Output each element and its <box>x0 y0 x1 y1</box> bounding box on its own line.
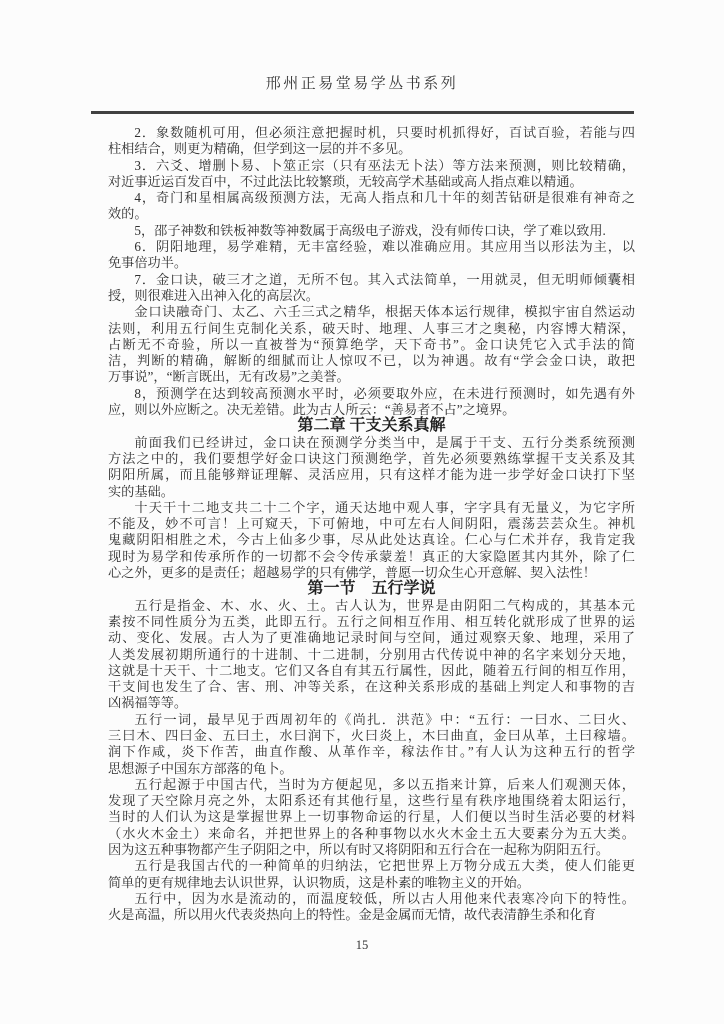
text-line: 五行是指金、木、水、火、土。古人认为，世界是由阴阳二气构成的，其基本元 <box>108 598 635 614</box>
paragraph: 3．六爻、增删卜易、卜筮正宗（只有巫法无卜法）等方法来预测，则比较精确，对近事近… <box>108 158 635 191</box>
series-title: 邢州正易堂易学丛书系列 <box>266 76 459 92</box>
paragraph: 五行是我国古代的一种简单的归纳法，它把世界上万物分成五大类，使人们能更简单的更有… <box>108 858 635 891</box>
text-line: 5，邵子神数和铁板神数等神数属于高级电子游戏，没有师传口诀，学了难以致用. <box>108 223 635 239</box>
paragraph: 7．金口诀，破三才之道，无所不包。其入式法简单，一用就灵，但无明师倾囊相授，则很… <box>108 272 635 305</box>
paragraph: 5，邵子神数和铁板神数等神数属于高级电子游戏，没有师传口诀，学了难以致用. <box>108 223 635 239</box>
text-line: 效的。 <box>108 206 635 222</box>
text-line: 干支间也发生了合、害、刑、冲等关系，在这种关系形成的基础上判定人和事物的吉 <box>108 679 635 695</box>
text-line: 2．象数随机可用，但必须注意把握时机，只要时机抓得好，百试百验，若能与四 <box>108 125 635 141</box>
paragraph: 2．象数随机可用，但必须注意把握时机，只要时机抓得好，百试百验，若能与四柱相结合… <box>108 125 635 158</box>
paragraph: 十天干十二地支共二十二个字，通天达地中观人事，字字具有无量义，为它字所不能及，妙… <box>108 500 635 581</box>
text-line: 柱相结合，则更为精确，但学到这一层的并不多见。 <box>108 141 635 157</box>
text-line: 人类发展初期所通行的十进制、十二进制，分别用古代传说中神的名字来划分天地， <box>108 647 635 663</box>
text-line: 7．金口诀，破三才之道，无所不包。其入式法简单，一用就灵，但无明师倾囊相 <box>108 272 635 288</box>
text-line: 三曰木、四曰金、五曰土，水曰润下，火曰炎上，木曰曲直，金曰从革，土曰稼墙。 <box>108 728 635 744</box>
text-line: 素按不同性质分为五类，此即五行。五行之间相互作用、相互转化就形成了世界的运 <box>108 614 635 630</box>
text-line: 占断无不奇验，所以一直被誉为“预算绝学，天下奇书”。金口诀凭它入式手法的简 <box>108 337 635 353</box>
text-line: 万事说”，“断言既出，无有改易”之美誉。 <box>108 369 635 385</box>
text-line: 方法之中的，我们要想学好金口诀这门预测绝学，首先必须要熟练掌握干支关系及其 <box>108 451 635 467</box>
text-line: 3．六爻、增删卜易、卜筮正宗（只有巫法无卜法）等方法来预测，则比较精确， <box>108 158 635 174</box>
text-line: 金口诀融奇门、太乙、六壬三式之精华，根据天体本运行规律，模拟宇宙自然运动 <box>108 304 635 320</box>
text-line: 凶祸福等等。 <box>108 695 635 711</box>
paragraph: 8，预测学在达到较高预测水平时，必须要取外应，在未进行预测时，如先遇有外应，则以… <box>108 386 635 419</box>
text-line: 授，则很难进入出神入化的高层次。 <box>108 288 635 304</box>
text-line: 现时为易学和传承所作的一切都不会令传承蒙羞！真正的大家隐匿其内其外，除了仁 <box>108 549 635 565</box>
text-line: （水火木金土）来命名，并把世界上的各种事物以水火木金土五大要素分为五大类。 <box>108 826 635 842</box>
text-line: 动、变化、发展。古人为了更准确地记录时间与空间，通过观察天象、地理，采用了 <box>108 630 635 646</box>
paragraph: 6．阴阳地理，易学难精，无丰富经验，难以准确应用。其应用当以形法为主，以免事倍功… <box>108 239 635 272</box>
text-line: 鬼藏阴阳相胜之术，今古上仙多少事，尽从此处达真诠。仁心与仁术并存，我肯定我 <box>108 532 635 548</box>
text-line: 8，预测学在达到较高预测水平时，必须要取外应，在未进行预测时，如先遇有外 <box>108 386 635 402</box>
text-line: 对近事近运百发百中，不过此法比较繁琐，无较高学术基础或高人指点难以精通。 <box>108 174 635 190</box>
chapter-heading: 第二章 干支关系真解 <box>108 418 635 434</box>
document-page: 邢州正易堂易学丛书系列 2．象数随机可用，但必须注意把握时机，只要时机抓得好，百… <box>0 0 724 1024</box>
page-number: 15 <box>0 938 724 953</box>
text-line: 心之外，更多的是责任；超越易学的只有佛学，普愿一切众生心开意解、契入法性！ <box>108 565 635 581</box>
text-line: 免事倍功半。 <box>108 255 635 271</box>
header-divider <box>91 111 634 114</box>
page-header: 邢州正易堂易学丛书系列 <box>0 72 724 93</box>
paragraph: 五行起源于中国古代，当时为方便起见，多以五指来计算，后来人们观测天体，发现了天空… <box>108 777 635 858</box>
paragraph: 4，奇门和星相属高级预测方法，无高人指点和几十年的刻苦钻研是很难有神奇之效的。 <box>108 190 635 223</box>
text-line: 前面我们已经讲过，金口诀在预测学分类当中，是属于干支、五行分类系统预测 <box>108 435 635 451</box>
paragraph: 前面我们已经讲过，金口诀在预测学分类当中，是属于干支、五行分类系统预测方法之中的… <box>108 435 635 500</box>
text-line: 简单的更有规律地去认识世界，认识物质，这是朴素的唯物主义的开始。 <box>108 875 635 891</box>
text-line: 五行是我国古代的一种简单的归纳法，它把世界上万物分成五大类，使人们能更 <box>108 858 635 874</box>
text-line: 阴阳所属，而且能够辩证理解、灵活应用，只有这样才能为进一步学好金口诀打下坚 <box>108 467 635 483</box>
text-line: 五行中，因为水是流动的，而温度较低，所以古人用他来代表寒冷向下的特性。 <box>108 891 635 907</box>
section-heading: 第一节 五行学说 <box>108 581 635 597</box>
text-line: 因为这五种事物都产生子阴阳之中，所以有时又将阴阳和五行合在一起称为阴阳五行。 <box>108 842 635 858</box>
text-line: 6．阴阳地理，易学难精，无丰富经验，难以准确应用。其应用当以形法为主，以 <box>108 239 635 255</box>
text-line: 火是高温，所以用火代表炎热向上的特性。金是金属而无情，故代表清静生杀和化育 <box>108 907 635 923</box>
paragraph: 五行是指金、木、水、火、土。古人认为，世界是由阴阳二气构成的，其基本元素按不同性… <box>108 598 635 712</box>
text-line: 这就是十天干、十二地支。它们又各自有其五行属性，因此，随着五行间的相互作用， <box>108 663 635 679</box>
text-line: 实的基础。 <box>108 484 635 500</box>
paragraph: 金口诀融奇门、太乙、六壬三式之精华，根据天体本运行规律，模拟宇宙自然运动法则，利… <box>108 304 635 385</box>
text-line: 应，则以外应断之。决无差错。此为古人所云：“善易者不占”之境界。 <box>108 402 635 418</box>
text-line: 润下作咸，炎下作苦，曲直作酸、从革作辛，稼法作甘。”有人认为这种五行的哲学 <box>108 744 635 760</box>
text-line: 4，奇门和星相属高级预测方法，无高人指点和几十年的刻苦钻研是很难有神奇之 <box>108 190 635 206</box>
text-line: 发现了天空除月亮之外，太阳系还有其他行星，这些行星有秩序地围绕着太阳运行， <box>108 793 635 809</box>
text-line: 五行一词，最早见于西周初年的《尚扎．洪范》中：“五行：一曰水、二曰火、 <box>108 712 635 728</box>
paragraph: 五行中，因为水是流动的，而温度较低，所以古人用他来代表寒冷向下的特性。火是高温，… <box>108 891 635 924</box>
text-line: 思想源子中国东方部落的龟卜。 <box>108 761 635 777</box>
text-line: 五行起源于中国古代，当时为方便起见，多以五指来计算，后来人们观测天体， <box>108 777 635 793</box>
document-body: 2．象数随机可用，但必须注意把握时机，只要时机抓得好，百试百验，若能与四柱相结合… <box>108 125 635 924</box>
text-line: 当时的人们认为这是掌握世界上一切事物命运的行星，人们便以当时生活必要的材料 <box>108 809 635 825</box>
text-line: 不能及，妙不可言！上可窥天，下可俯地，中可左右人间阴阳，震荡芸芸众生。神机 <box>108 516 635 532</box>
paragraph: 五行一词，最早见于西周初年的《尚扎．洪范》中：“五行：一曰水、二曰火、三曰木、四… <box>108 712 635 777</box>
text-line: 十天干十二地支共二十二个字，通天达地中观人事，字字具有无量义，为它字所 <box>108 500 635 516</box>
text-line: 法则，利用五行间生克制化关系，破天时、地理、人事三才之奥秘，内容博大精深， <box>108 321 635 337</box>
text-line: 洁，判断的精确，解断的细腻而让人惊叹不已，以为神遇。故有“学会金口诀，敢把 <box>108 353 635 369</box>
